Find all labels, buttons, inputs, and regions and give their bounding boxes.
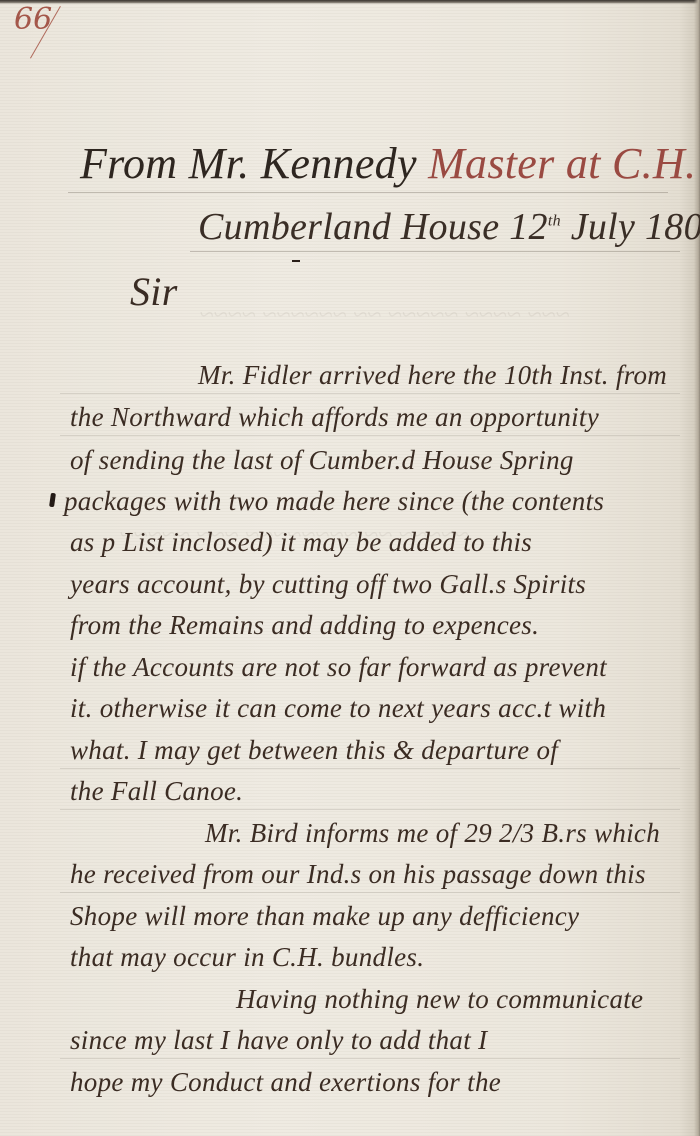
letter-line: if the Accounts are not so far forward a… bbox=[70, 652, 607, 683]
letter-line: that may occur in C.H. bundles. bbox=[70, 942, 424, 973]
ruled-line bbox=[60, 393, 680, 394]
letter-line: years account, by cutting off two Gall.s… bbox=[70, 569, 586, 600]
manuscript-page: ~~~ ~~~~ ~~~~~ ~~ ~~~~~~ ~~~~ ~~~~~ ~~ ~… bbox=[0, 0, 700, 1136]
date-day: 12 bbox=[509, 206, 548, 248]
letter-heading: From Mr. Kennedy Master at C.H. bbox=[80, 138, 696, 189]
letter-line: packages with two made here since (the c… bbox=[64, 486, 604, 517]
ruled-line bbox=[60, 809, 680, 810]
letter-line: the Northward which affords me an opport… bbox=[70, 402, 599, 433]
page-top-edge bbox=[0, 0, 700, 4]
letter-line: Having nothing new to communicate bbox=[236, 984, 643, 1015]
ruled-line bbox=[190, 251, 680, 252]
heading-title: Master at C.H. bbox=[428, 139, 696, 188]
place-date-line: Cumberland House 12th July 1806 bbox=[198, 205, 700, 249]
date-day-suffix: th bbox=[548, 212, 561, 229]
bleed-through-text: ~~~ ~~~~ ~~~~~ ~~ ~~~~~~ ~~~~ bbox=[200, 300, 570, 330]
salutation: Sir bbox=[130, 268, 178, 315]
letter-line: hope my Conduct and exertions for the bbox=[70, 1067, 501, 1098]
folio-number: 66 bbox=[14, 2, 52, 37]
letter-line: Shope will more than make up any deffici… bbox=[70, 901, 579, 932]
letter-line: Mr. Bird informs me of 29 2/3 B.rs which bbox=[205, 818, 660, 849]
margin-ink-mark bbox=[49, 493, 56, 508]
date-month-year: July 1806 bbox=[571, 206, 700, 248]
letter-line: of sending the last of Cumber.d House Sp… bbox=[70, 445, 574, 476]
letter-line: since my last I have only to add that I bbox=[70, 1025, 487, 1056]
letter-line: Mr. Fidler arrived here the 10th Inst. f… bbox=[198, 360, 667, 391]
letter-line: he received from our Ind.s on his passag… bbox=[70, 859, 646, 890]
heading-from: From Mr. Kennedy bbox=[80, 139, 417, 188]
ink-mark bbox=[292, 260, 300, 262]
ruled-line bbox=[60, 1058, 680, 1059]
letter-line: the Fall Canoe. bbox=[70, 776, 243, 807]
ruled-line bbox=[68, 192, 668, 193]
ruled-line bbox=[60, 435, 680, 436]
letter-line: from the Remains and adding to expences. bbox=[70, 610, 539, 641]
ruled-line bbox=[60, 892, 680, 893]
letter-line: what. I may get between this & departure… bbox=[70, 735, 558, 766]
letter-line: as p List inclosed) it may be added to t… bbox=[70, 527, 532, 558]
ruled-line bbox=[60, 768, 680, 769]
letter-line: it. otherwise it can come to next years … bbox=[70, 693, 606, 724]
place-name: Cumberland House bbox=[198, 206, 499, 248]
